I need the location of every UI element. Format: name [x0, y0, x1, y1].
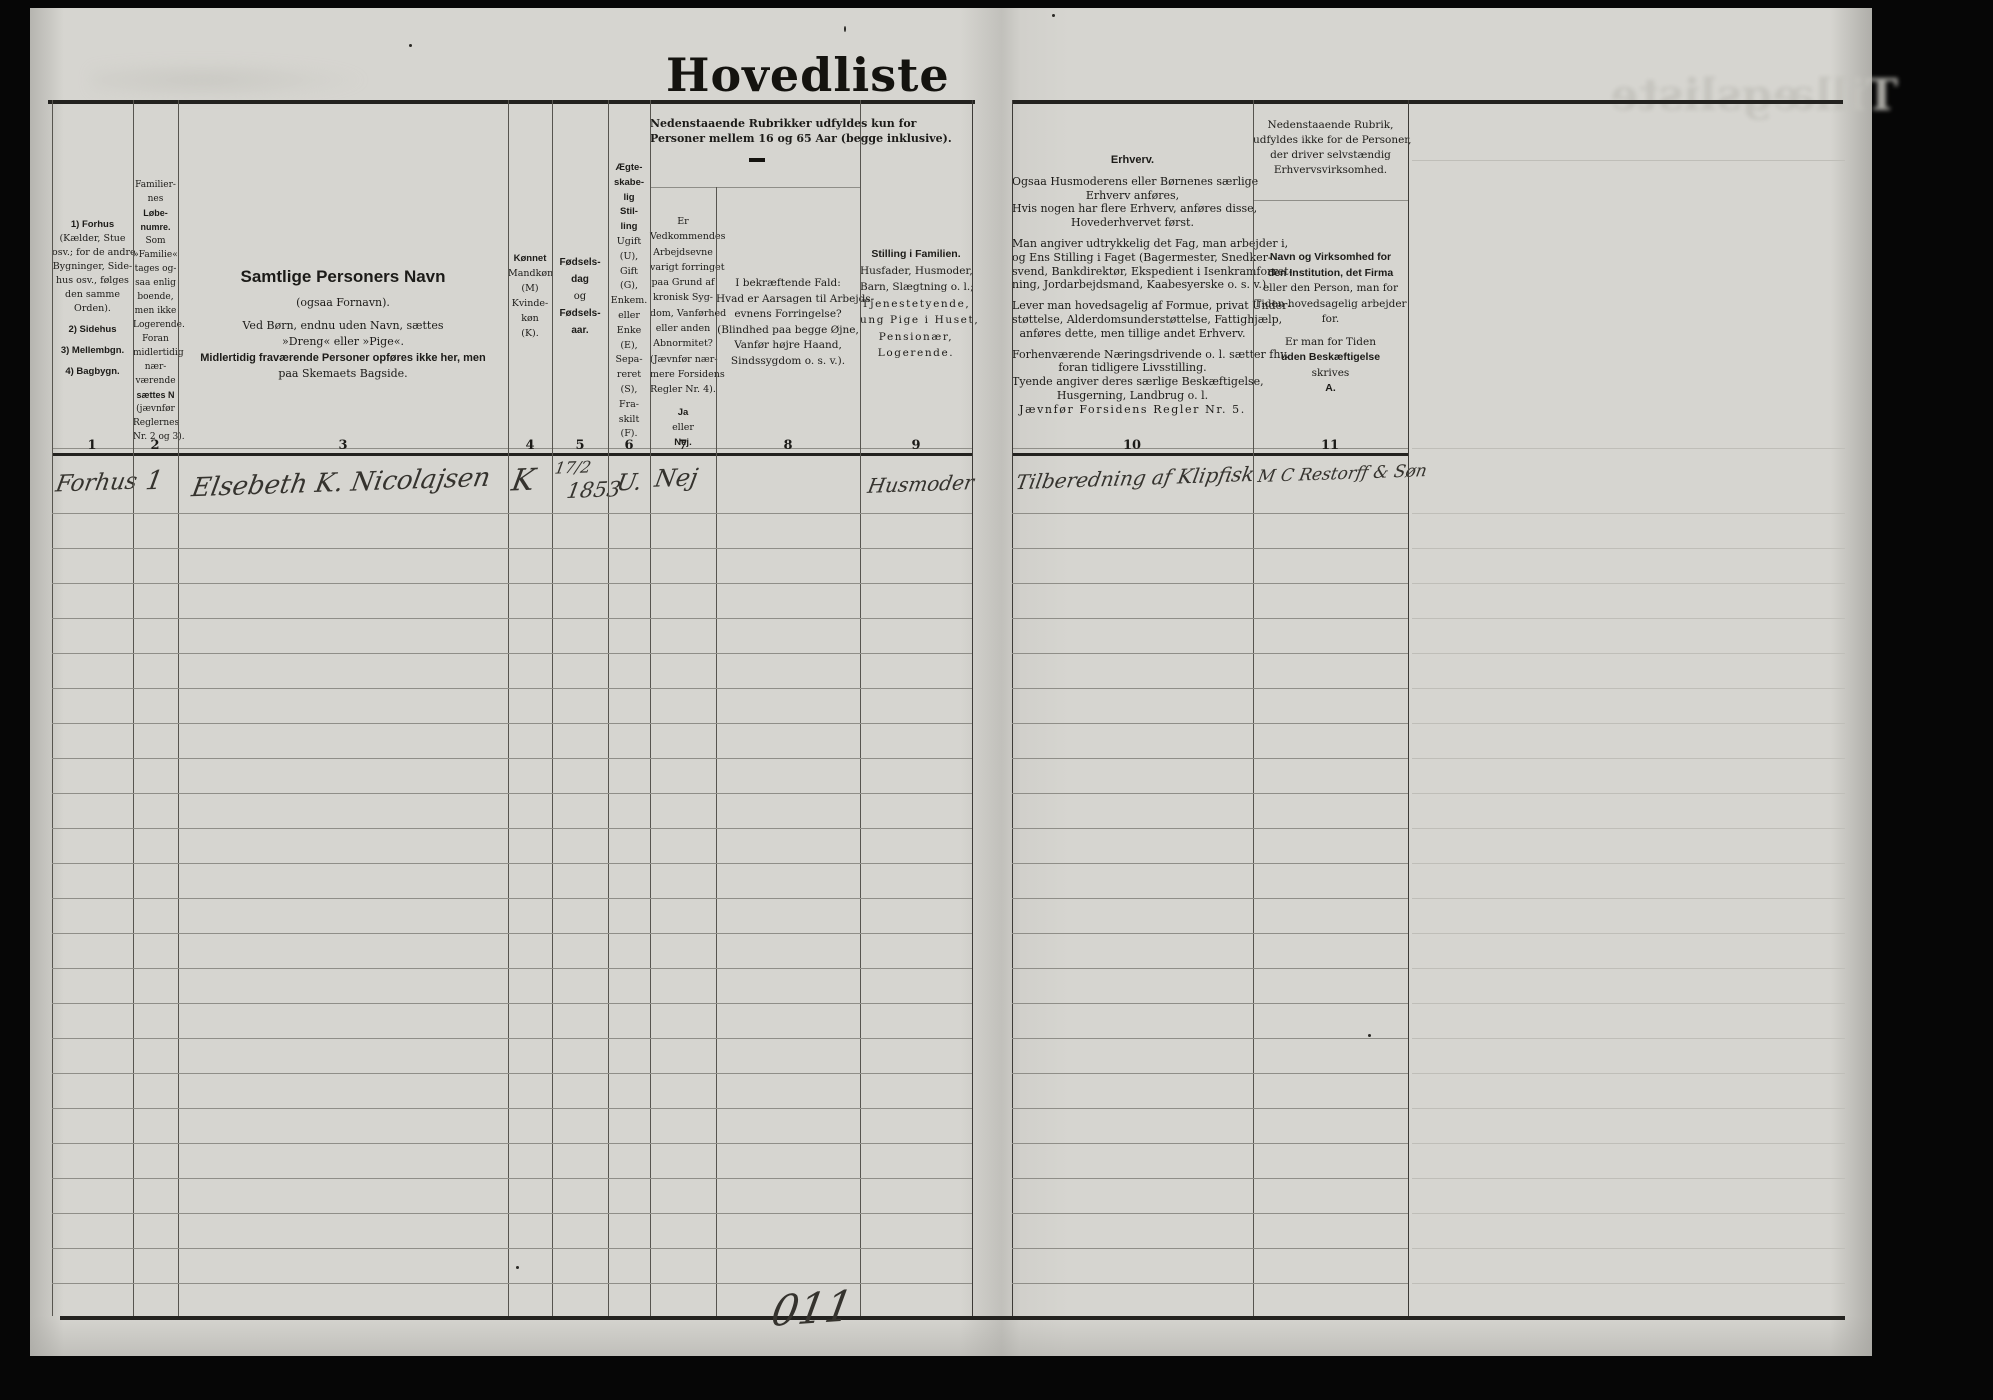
header-line: lig	[608, 191, 650, 206]
ruled-line	[52, 793, 972, 794]
ruled-line	[52, 1283, 972, 1284]
header-line: Løbe-	[133, 206, 178, 220]
ruled-line-faint	[1412, 548, 1845, 549]
ruled-line-faint	[1412, 863, 1845, 864]
header-line: og Ens Stilling i Faget (Bagermester, Sn…	[1012, 251, 1253, 265]
header-line: og	[552, 288, 608, 305]
header-line: Jævnfør Forsidens Regler Nr. 5.	[1012, 403, 1253, 417]
ruled-line	[1012, 1248, 1408, 1249]
scanned-census-page: Hoved liste Tillægsliste Nedenstaaende R…	[0, 0, 1993, 1400]
column-number: 2	[142, 438, 168, 453]
header-line: dag	[552, 271, 608, 288]
ruled-line-faint	[1412, 688, 1845, 689]
ruled-line	[52, 1038, 972, 1039]
ink-speck	[516, 1266, 519, 1269]
ruled-line-faint	[1412, 583, 1845, 584]
header-line: udfyldes ikke for de Personer,	[1253, 133, 1408, 148]
header-line: (K).	[508, 326, 552, 341]
column-divider	[508, 100, 509, 1316]
header-line: paa Skemaets Bagside.	[178, 366, 508, 382]
header-line: Gift	[608, 265, 650, 280]
header-line: Reglernes	[133, 416, 178, 430]
header-line: (Blindhed paa begge Øjne,	[716, 323, 860, 339]
header-line: eller	[650, 420, 716, 435]
ruled-line-faint	[1412, 160, 1845, 161]
header-line: (ogsaa Fornavn).	[178, 295, 508, 311]
header-line: Sepa-	[608, 353, 650, 368]
ruled-line-faint	[1412, 828, 1845, 829]
column-divider	[178, 100, 179, 1316]
column-number: 1	[79, 438, 105, 453]
header-line: men ikke	[133, 304, 178, 318]
ruled-line-faint	[1412, 1143, 1845, 1144]
header-line: Fra-	[608, 398, 650, 413]
column-divider	[52, 100, 53, 1316]
ink-speck	[1052, 14, 1055, 17]
header-line: sættes N	[133, 388, 178, 402]
header-line: Nedenstaaende Rubrik,	[1253, 118, 1408, 133]
header-line: Erhverv anføres,	[1012, 189, 1253, 203]
header-line: Man angiver udtrykkelig det Fag, man arb…	[1012, 237, 1253, 251]
header-line: Som	[133, 234, 178, 248]
ruled-line	[52, 583, 972, 584]
header-line: Abnormitet?	[650, 336, 716, 351]
header-line: Pensionær,	[860, 329, 972, 346]
entry-birth-day: 17/2	[553, 457, 592, 477]
header-line: (Kælder, Stue	[52, 232, 133, 246]
page-title-word-right: liste	[833, 48, 949, 102]
header-line: boende,	[133, 290, 178, 304]
column-divider	[1012, 100, 1013, 1316]
ruled-line	[1012, 1073, 1408, 1074]
ruled-line-faint	[1412, 758, 1845, 759]
ruled-line-faint	[1412, 1178, 1845, 1179]
header-line: (G),	[608, 279, 650, 294]
ruled-line	[52, 1248, 972, 1249]
ruled-line-faint	[1412, 1073, 1845, 1074]
header-line: (jævnfør	[133, 402, 178, 416]
header-line: værende	[133, 374, 178, 388]
ruled-line	[1012, 793, 1408, 794]
column-divider	[972, 100, 973, 1316]
header-line: 2) Sidehus	[52, 323, 133, 337]
ruled-line	[1012, 513, 1408, 514]
ruled-line	[52, 618, 972, 619]
header-line: Fødsels-	[552, 305, 608, 322]
header-line: der driver selvstændig	[1253, 148, 1408, 163]
header-line: 3) Mellembgn.	[52, 344, 133, 358]
header-col11-band: Nedenstaaende Rubrik,udfyldes ikke for d…	[1253, 108, 1408, 200]
header-line: Kønnet	[508, 251, 552, 266]
ruled-line	[52, 1003, 972, 1004]
header-line: Bygninger, Side-	[52, 260, 133, 274]
ruled-line	[1012, 583, 1408, 584]
header-line: osv.; for de andre	[52, 246, 133, 260]
header-line: eller	[608, 309, 650, 324]
header-line: (E),	[608, 339, 650, 354]
header-line: skilt	[608, 413, 650, 428]
ink-speck	[1368, 1034, 1371, 1037]
header-line: skabe-	[608, 176, 650, 191]
entry-birth-year: 1853	[565, 477, 623, 503]
header-line: Midlertidig fraværende Personer opføres …	[178, 350, 508, 366]
header-line: (U),	[608, 250, 650, 265]
header-line: Vedkommendes	[650, 229, 716, 244]
header-line: Erhvervsvirksomhed.	[1253, 163, 1408, 178]
ruled-line	[1012, 1038, 1408, 1039]
ruled-line	[52, 1108, 972, 1109]
header-line: Er	[650, 214, 716, 229]
ruled-line-faint	[1412, 898, 1845, 899]
entry-occupation: Tilberedning af Klipfisk	[1014, 462, 1256, 494]
header-line: Vanfør højre Haand,	[716, 338, 860, 354]
header-line: Navn og Virksomhed for	[1253, 250, 1408, 266]
header-line: støttelse, Alderdomsunderstøttelse, Fatt…	[1012, 313, 1253, 327]
ruled-line	[1012, 828, 1408, 829]
header-line: Enkem.	[608, 294, 650, 309]
column-number: 6	[616, 438, 642, 453]
header-line: for.	[1253, 312, 1408, 328]
header-line: Logerende.	[860, 345, 972, 362]
header-line: ling	[608, 220, 650, 235]
column-number: 9	[903, 438, 929, 453]
header-col5-birth: Fødsels-dagogFødsels-aar.	[552, 108, 608, 339]
entry-family-number: 1	[143, 466, 165, 497]
ruled-line-faint	[1412, 513, 1845, 514]
ruled-line	[1012, 1143, 1408, 1144]
ruled-line	[1012, 1283, 1408, 1284]
header-col10-occupation: Erhverv.Ogsaa Husmoderens eller Børnenes…	[1012, 108, 1253, 417]
header-line: (Jævnfør nær-	[650, 352, 716, 367]
top-rule-left	[48, 100, 975, 104]
header-col11-employer: Navn og Virksomhed forden Institution, d…	[1253, 200, 1408, 397]
header-col8-cause: I bekræftende Fald:Hvad er Aarsagen til …	[716, 108, 860, 369]
header-line: Sindssygdom o. s. v.).	[716, 354, 860, 370]
ruled-line	[52, 828, 972, 829]
header-line: »Dreng« eller »Pige«.	[178, 334, 508, 350]
column-number: 7	[670, 438, 696, 453]
header-line: svend, Bankdirektør, Ekspedient i Isenkr…	[1012, 265, 1253, 279]
ruled-line	[1012, 863, 1408, 864]
header-line: køn	[508, 311, 552, 326]
header-line: Orden).	[52, 302, 133, 316]
ruled-line	[1012, 1003, 1408, 1004]
header-line: midlertidig	[133, 346, 178, 360]
header-line: Tiden hovedsagelig arbejder	[1253, 297, 1408, 313]
header-line: evnens Forringelse?	[716, 307, 860, 323]
ruled-line	[52, 968, 972, 969]
header-line: Stilling i Familien.	[860, 246, 972, 263]
header-line: Forhenværende Næringsdrivende o. l. sætt…	[1012, 348, 1253, 362]
header-line: paa Grund af	[650, 275, 716, 290]
entry-marital-status: U.	[615, 469, 644, 496]
entry-name: Elsebeth K. Nicolajsen	[189, 463, 492, 504]
ruled-line	[52, 688, 972, 689]
header-line: Fødsels-	[552, 254, 608, 271]
header-line: Husgerning, Landbrug o. l.	[1012, 389, 1253, 403]
header-line: Enke	[608, 324, 650, 339]
header-col7-work-ability: ErVedkommendesArbejdsevnevarigt forringe…	[650, 108, 716, 450]
header-col1-building: 1) Forhus(Kælder, Stueosv.; for de andre…	[52, 108, 133, 379]
entry-employer: M C Restorff & Søn	[1256, 461, 1428, 487]
column-divider	[650, 100, 651, 1316]
ruled-line	[52, 1178, 972, 1179]
header-underline-thin-blank	[1412, 448, 1845, 449]
header-line: tages og-	[133, 262, 178, 276]
header-underline-thin-right	[1012, 448, 1408, 449]
ruled-line-faint	[1412, 793, 1845, 794]
header-line: Lever man hovedsagelig af Formue, privat…	[1012, 299, 1253, 313]
header-line: Husfader, Husmoder,	[860, 263, 972, 280]
header-line: foran tidligere Livsstilling.	[1012, 361, 1253, 375]
header-line: Hovederhvervet først.	[1012, 216, 1253, 230]
ruled-line	[1012, 898, 1408, 899]
bottom-rule	[60, 1316, 1845, 1320]
paper-right-edge	[1830, 8, 1872, 1356]
header-line: Mandkøn	[508, 266, 552, 281]
header-line: Ugift	[608, 235, 650, 250]
entry-family-position: Husmoder	[866, 470, 976, 498]
ruled-line	[1012, 1178, 1408, 1179]
header-col2-family-number: Familier-nesLøbe-numre.Som»Familie«tages…	[133, 108, 178, 444]
column-divider	[608, 100, 609, 1316]
column-number: 11	[1317, 438, 1343, 453]
header-line: eller den Person, man for	[1253, 281, 1408, 297]
column-number: 5	[567, 438, 593, 453]
header-line: Hvis nogen har flere Erhverv, anføres di…	[1012, 202, 1253, 216]
header-line: Tyende angiver deres særlige Beskæftigel…	[1012, 375, 1253, 389]
header-line: aar.	[552, 322, 608, 339]
header-line: (M)	[508, 281, 552, 296]
header-col4-sex: KønnetMandkøn(M)Kvinde-køn(K).	[508, 108, 552, 341]
header-col6-marital-status: Ægte-skabe-ligStil-lingUgift(U),Gift(G),…	[608, 108, 650, 442]
header-line: Ja	[650, 405, 716, 420]
ruled-line-faint	[1412, 1248, 1845, 1249]
header-line: skrives	[1253, 366, 1408, 382]
ruled-line	[52, 653, 972, 654]
header-line: reret	[608, 368, 650, 383]
showthrough-smudge	[90, 60, 370, 100]
header-line: den samme	[52, 288, 133, 302]
header-line: 4) Bagbygn.	[52, 365, 133, 379]
ruled-line	[52, 1073, 972, 1074]
column-number: 3	[330, 438, 356, 453]
header-line: Samtlige Personers Navn	[178, 266, 508, 288]
ruled-line	[52, 1143, 972, 1144]
showthrough-title: Tillægsliste	[1628, 70, 1898, 121]
header-line: Hvad er Aarsagen til Arbejds-	[716, 292, 860, 308]
header-line: numre.	[133, 220, 178, 234]
header-line: Tjenestetyende,	[860, 296, 972, 313]
header-line: saa enlig	[133, 276, 178, 290]
header-line: Ved Børn, endnu uden Navn, sættes	[178, 318, 508, 334]
ink-speck	[844, 26, 846, 32]
header-col9-family-position: Stilling i Familien.Husfader, Husmoder,B…	[860, 108, 972, 362]
ruled-line	[1012, 723, 1408, 724]
column-divider	[133, 100, 134, 1316]
ruled-line	[52, 1213, 972, 1214]
header-line: den Institution, det Firma	[1253, 266, 1408, 282]
column-divider	[860, 100, 861, 1316]
header-line: Erhverv.	[1012, 154, 1253, 168]
header-line: ung Pige i Huset,	[860, 312, 972, 329]
header-line: dom, Vanførhed	[650, 306, 716, 321]
page-title: Hoved liste	[666, 48, 928, 102]
header-line: Ægte-	[608, 161, 650, 176]
ruled-line-faint	[1412, 1038, 1845, 1039]
header-line: A.	[1253, 381, 1408, 397]
header-line: Arbejdsevne	[650, 245, 716, 260]
header-line: I bekræftende Fald:	[716, 276, 860, 292]
ruled-line	[52, 898, 972, 899]
column-number: 10	[1119, 438, 1145, 453]
column-number: 4	[517, 438, 543, 453]
header-line: Regler Nr. 4).	[650, 382, 716, 397]
header-line: anføres dette, men tillige andet Erhverv…	[1012, 327, 1253, 341]
header-line: nes	[133, 192, 178, 206]
header-line: hus osv., følges	[52, 274, 133, 288]
header-line: Familier-	[133, 178, 178, 192]
ruled-line	[1012, 688, 1408, 689]
header-line: Logerende.	[133, 318, 178, 332]
ruled-line-faint	[1412, 723, 1845, 724]
ruled-line-faint	[1412, 933, 1845, 934]
paper-sheet: Hoved liste Tillægsliste Nedenstaaende R…	[30, 8, 1872, 1356]
column-divider	[1408, 100, 1409, 1316]
ruled-line	[1012, 758, 1408, 759]
header-line: eller anden	[650, 321, 716, 336]
ruled-line	[1012, 968, 1408, 969]
ruled-line-faint	[1412, 968, 1845, 969]
column-divider	[1253, 100, 1254, 1316]
header-underline-thin-left	[52, 448, 972, 449]
ruled-line	[52, 513, 972, 514]
header-line: Er man for Tiden	[1253, 335, 1408, 351]
header-line: mere Forsidens	[650, 367, 716, 382]
column-divider	[552, 100, 553, 1316]
ruled-line-faint	[1412, 653, 1845, 654]
entry-work-ability: Nej	[653, 463, 701, 493]
column-number: 8	[775, 438, 801, 453]
header-line: Stil-	[608, 205, 650, 220]
header-line: Barn, Slægtning o. l.;	[860, 279, 972, 296]
ruled-line-faint	[1412, 1213, 1845, 1214]
column-divider	[716, 187, 717, 1316]
header-col3-names: Samtlige Personers Navn(ogsaa Fornavn).V…	[178, 108, 508, 382]
header-line: ning, Jordarbejdsmand, Kaabesyerske o. s…	[1012, 278, 1253, 292]
ruled-line-faint	[1412, 1003, 1845, 1004]
ruled-line	[1012, 653, 1408, 654]
ruled-line	[1012, 933, 1408, 934]
ruled-line	[1012, 618, 1408, 619]
header-line: »Familie«	[133, 248, 178, 262]
header-line: (S),	[608, 383, 650, 398]
ruled-line-faint	[1412, 1283, 1845, 1284]
header-line: Foran	[133, 332, 178, 346]
ruled-line	[52, 933, 972, 934]
ruled-line	[52, 863, 972, 864]
ruled-line	[52, 758, 972, 759]
entry-building: Forhus	[54, 468, 140, 497]
ruled-line	[1012, 1213, 1408, 1214]
header-line: kronisk Syg-	[650, 290, 716, 305]
header-line: Ogsaa Husmoderens eller Børnenes særlige	[1012, 175, 1253, 189]
entry-sex: K	[509, 462, 538, 498]
ruled-line	[1012, 548, 1408, 549]
page-title-word-left: Hoved	[666, 48, 833, 102]
ruled-line	[52, 548, 972, 549]
top-rule-right	[1012, 100, 1843, 104]
paper-bottom-edge	[30, 1316, 1872, 1356]
header-line: varigt forringet	[650, 260, 716, 275]
ruled-line-faint	[1412, 618, 1845, 619]
ruled-line	[52, 723, 972, 724]
header-line: uden Beskæftigelse	[1253, 350, 1408, 366]
footer-page-note: 011	[768, 1281, 857, 1336]
ink-speck	[409, 44, 412, 47]
header-underline-thick-right	[1012, 453, 1408, 456]
ruled-line	[1012, 1108, 1408, 1109]
header-underline-thick-left	[52, 453, 972, 456]
header-line: nær-	[133, 360, 178, 374]
header-line: Kvinde-	[508, 296, 552, 311]
header-line: 1) Forhus	[52, 218, 133, 232]
ruled-line-faint	[1412, 1108, 1845, 1109]
